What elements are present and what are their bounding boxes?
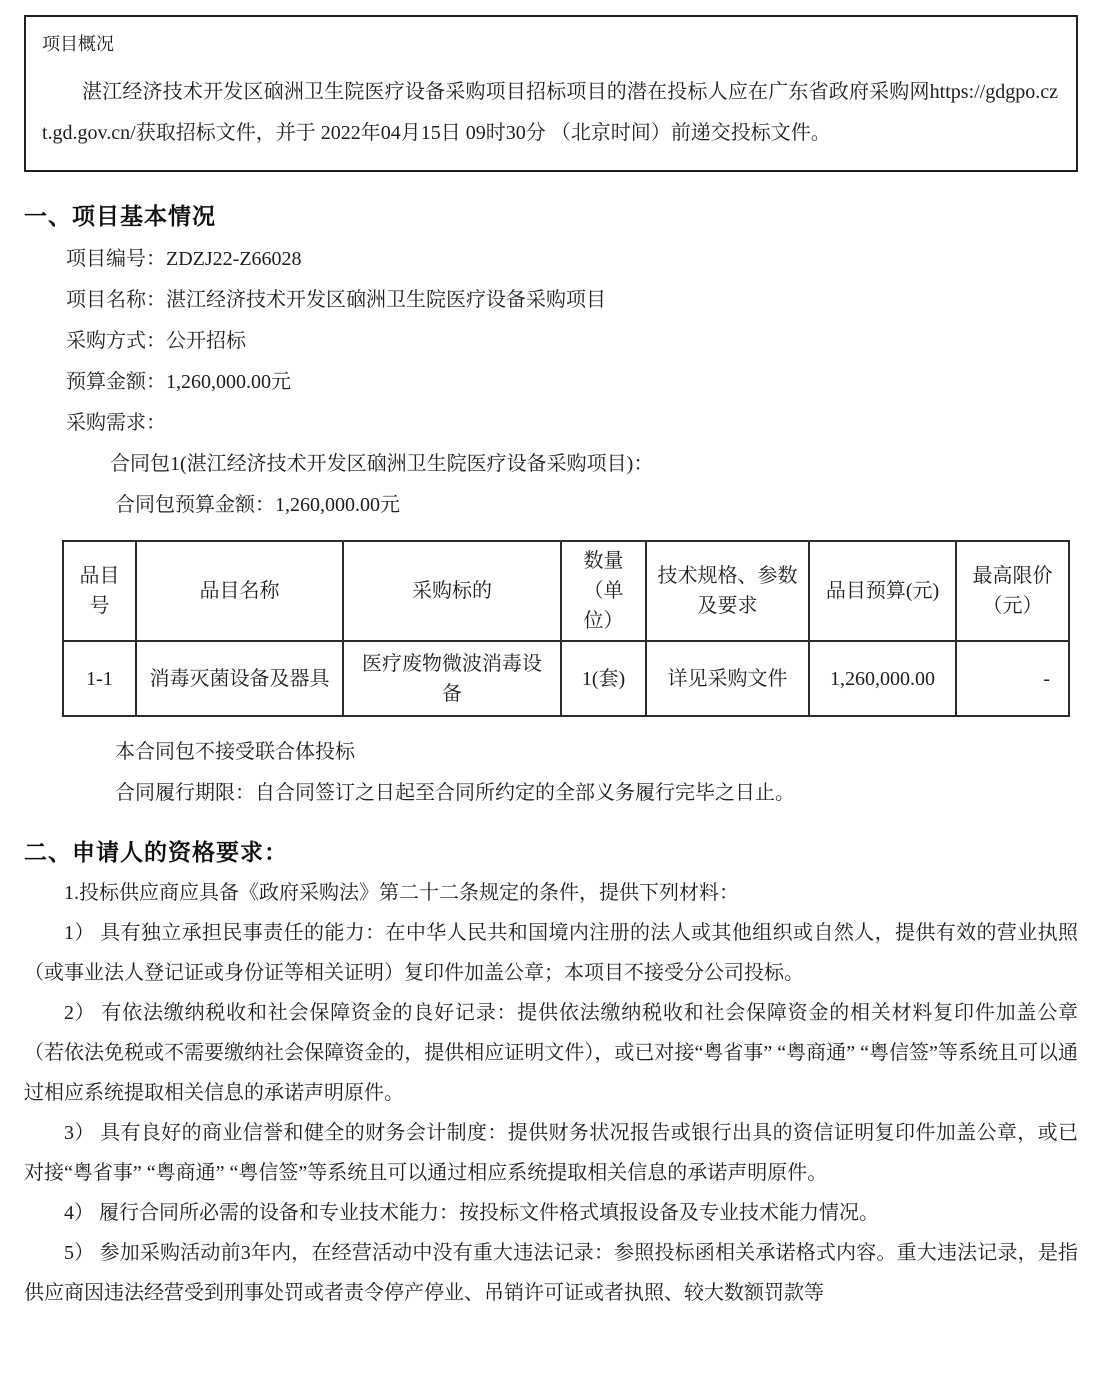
column-header-procurement-subject: 采购标的 xyxy=(343,541,561,641)
qualification-paragraph-5: 5） 参加采购活动前3年内，在经营活动中没有重大违法记录：参照投标函相关承诺格式… xyxy=(24,1233,1078,1313)
procurement-demand-line: 采购需求： xyxy=(66,403,1078,444)
table-row: 1-1 消毒灭菌设备及器具 医疗废物微波消毒设备 1(套) 详见采购文件 1,2… xyxy=(63,641,1069,716)
project-name-value: 湛江经济技术开发区硇洲卫生院医疗设备采购项目 xyxy=(166,289,606,311)
column-header-item-no: 品目号 xyxy=(63,541,136,641)
project-name-line: 项目名称：湛江经济技术开发区硇洲卫生院医疗设备采购项目 xyxy=(66,280,1078,321)
project-number-value: ZDZJ22-Z66028 xyxy=(166,248,302,270)
no-consortium-note: 本合同包不接受联合体投标 xyxy=(115,732,1078,773)
column-header-item-name: 品目名称 xyxy=(136,541,343,641)
procurement-method-line: 采购方式：公开招标 xyxy=(66,321,1078,362)
procurement-demand-label: 采购需求： xyxy=(66,412,166,434)
column-header-quantity-unit: 数量（单位） xyxy=(561,541,646,641)
qualifications-block: 1.投标供应商应具备《政府采购法》第二十二条规定的条件，提供下列材料： 1） 具… xyxy=(24,873,1078,1313)
project-name-label: 项目名称： xyxy=(66,289,166,311)
cell-item-no: 1-1 xyxy=(63,641,136,716)
project-overview-box: 项目概况 湛江经济技术开发区硇洲卫生院医疗设备采购项目招标项目的潜在投标人应在广… xyxy=(24,15,1078,172)
contract-notes-block: 本合同包不接受联合体投标 合同履行期限：自合同签订之日起至合同所约定的全部义务履… xyxy=(24,732,1078,814)
budget-amount-label: 预算金额： xyxy=(66,371,166,393)
table-header-row: 品目号 品目名称 采购标的 数量（单位） 技术规格、参数及要求 品目预算(元) … xyxy=(63,541,1069,641)
qualification-paragraph-2: 2） 有依法缴纳税收和社会保障资金的良好记录：提供依法缴纳税收和社会保障资金的相… xyxy=(24,993,1078,1113)
contract-package-budget-line: 合同包预算金额：1,260,000.00元 xyxy=(115,485,1078,526)
cell-item-budget: 1,260,000.00 xyxy=(809,641,956,716)
procurement-announcement-document: 项目概况 湛江经济技术开发区硇洲卫生院医疗设备采购项目招标项目的潜在投标人应在广… xyxy=(0,0,1100,1313)
qualification-paragraph-4: 4） 履行合同所必需的设备和专业技术能力：按投标文件格式填报设备及专业技术能力情… xyxy=(24,1193,1078,1233)
project-number-label: 项目编号： xyxy=(66,248,166,270)
qualification-paragraph-3: 3） 具有良好的商业信誉和健全的财务会计制度：提供财务状况报告或银行出具的资信证… xyxy=(24,1113,1078,1193)
section-2-heading: 二、申请人的资格要求： xyxy=(24,834,1078,867)
procurement-method-value: 公开招标 xyxy=(166,330,246,352)
column-header-item-budget: 品目预算(元) xyxy=(809,541,956,641)
procurement-items-table: 品目号 品目名称 采购标的 数量（单位） 技术规格、参数及要求 品目预算(元) … xyxy=(62,540,1070,717)
performance-period-note: 合同履行期限：自合同签订之日起至合同所约定的全部义务履行完毕之日止。 xyxy=(115,773,1078,814)
project-number-line: 项目编号：ZDZJ22-Z66028 xyxy=(66,239,1078,280)
column-header-price-ceiling: 最高限价（元） xyxy=(956,541,1069,641)
budget-amount-value: 1,260,000.00元 xyxy=(166,371,291,393)
basic-info-block: 项目编号：ZDZJ22-Z66028 项目名称：湛江经济技术开发区硇洲卫生院医疗… xyxy=(24,239,1078,526)
budget-amount-line: 预算金额：1,260,000.00元 xyxy=(66,362,1078,403)
cell-procurement-subject: 医疗废物微波消毒设备 xyxy=(343,641,561,716)
cell-item-name: 消毒灭菌设备及器具 xyxy=(136,641,343,716)
cell-quantity-unit: 1(套) xyxy=(561,641,646,716)
cell-price-ceiling: - xyxy=(956,641,1069,716)
contract-package-line: 合同包1(湛江经济技术开发区硇洲卫生院医疗设备采购项目)： xyxy=(110,444,1078,485)
column-header-tech-specs: 技术规格、参数及要求 xyxy=(646,541,809,641)
overview-paragraph: 湛江经济技术开发区硇洲卫生院医疗设备采购项目招标项目的潜在投标人应在广东省政府采… xyxy=(42,72,1058,154)
cell-tech-specs: 详见采购文件 xyxy=(646,641,809,716)
section-1-heading: 一、项目基本情况 xyxy=(24,198,1078,231)
qualification-paragraph-1: 1） 具有独立承担民事责任的能力：在中华人民共和国境内注册的法人或其他组织或自然… xyxy=(24,913,1078,993)
overview-box-title: 项目概况 xyxy=(42,31,1058,57)
procurement-method-label: 采购方式： xyxy=(66,330,166,352)
qualification-paragraph-intro: 1.投标供应商应具备《政府采购法》第二十二条规定的条件，提供下列材料： xyxy=(24,873,1078,913)
